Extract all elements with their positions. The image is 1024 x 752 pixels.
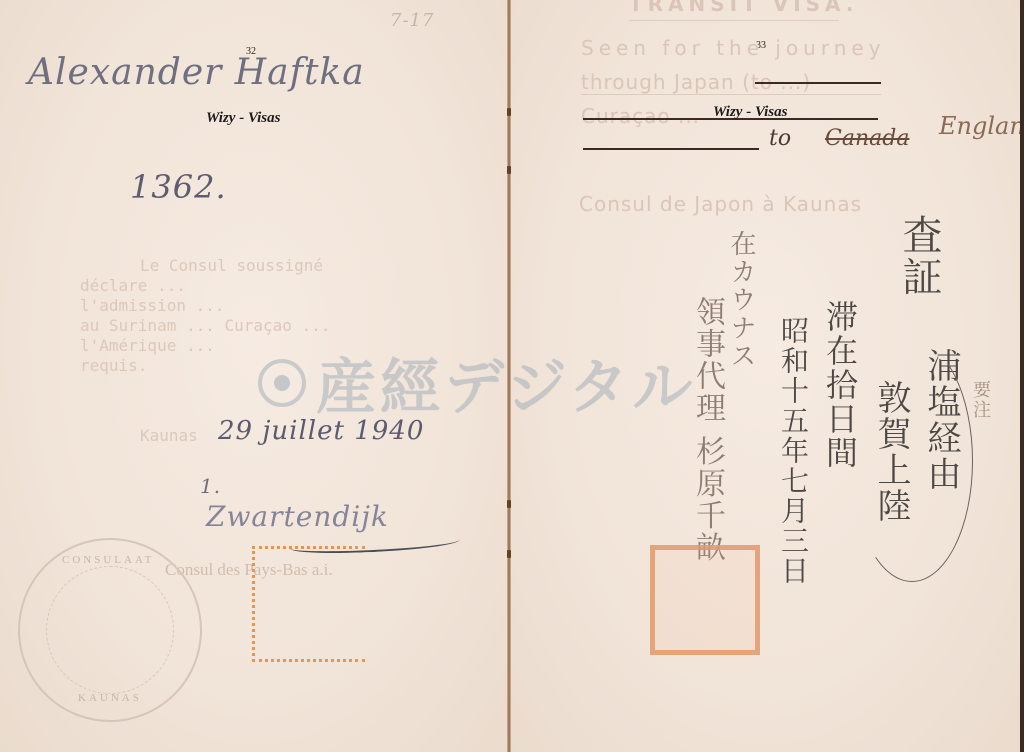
destination-prefix: to bbox=[769, 126, 791, 151]
transit-visa-header: TRANSIT VISA. bbox=[629, 0, 858, 16]
visa-stamp-heading: Wizy - Visas bbox=[713, 104, 787, 121]
round-consular-seal: CONSULAAT KAUNAS bbox=[18, 538, 202, 722]
consul-signature: Zwartendijk bbox=[206, 500, 389, 533]
consular-seal-square bbox=[650, 545, 760, 655]
jp-annotation-consul: 領事代理 杉原千畝 bbox=[685, 296, 729, 564]
place-label: Kaunas bbox=[140, 426, 198, 446]
seal-text-top: CONSULAAT bbox=[62, 554, 154, 566]
header-rule bbox=[629, 20, 839, 21]
seal-text-bottom: KAUNAS bbox=[78, 692, 142, 704]
visa-stamp-heading: Wizy - Visas bbox=[206, 110, 280, 127]
printed-line: l'admission ... bbox=[80, 296, 330, 316]
passport-spread: 7-17 32 Alexander Haftka Wizy - Visas 13… bbox=[0, 0, 1024, 752]
corner-note: 7-17 bbox=[390, 10, 434, 31]
date-handwritten: 29 juillet 1940 bbox=[218, 416, 424, 446]
printed-line-1: Seen for the journey bbox=[581, 36, 886, 60]
destination-written: England bbox=[939, 112, 1024, 140]
printed-line: au Surinam ... Curaçao ... bbox=[80, 316, 330, 336]
strikethrough-line bbox=[755, 82, 881, 84]
jp-annotation-date: 昭和十五年七月三日 bbox=[773, 316, 813, 586]
right-page: TRANSIT VISA. 33 Seen for the journey th… bbox=[511, 0, 1024, 752]
margin-note: 要注 bbox=[967, 380, 993, 420]
holder-name: Alexander Haftka bbox=[28, 52, 365, 93]
printed-declaration: Le Consul soussigné déclare ... l'admiss… bbox=[80, 256, 330, 376]
consulate-line: Consul de Japon à Kaunas bbox=[579, 192, 862, 216]
left-page: 7-17 32 Alexander Haftka Wizy - Visas 13… bbox=[0, 0, 509, 752]
visa-number: 1362. bbox=[130, 168, 227, 206]
destination-struck: Canada bbox=[825, 126, 909, 151]
printed-line: déclare ... bbox=[80, 276, 330, 296]
initial-mark: 1. bbox=[200, 474, 221, 498]
strikethrough-line bbox=[583, 148, 759, 150]
printed-rule bbox=[581, 94, 881, 95]
printed-line: Le Consul soussigné bbox=[80, 256, 330, 276]
printed-line: l'Amérique ... bbox=[80, 336, 330, 356]
printed-line: requis. bbox=[80, 356, 330, 376]
printed-line-3: Curaçao ... bbox=[581, 104, 700, 128]
jp-annotation-visa: 査証 bbox=[891, 214, 948, 298]
orange-stamp-fragment bbox=[252, 546, 365, 662]
bracket-arc bbox=[851, 340, 973, 582]
